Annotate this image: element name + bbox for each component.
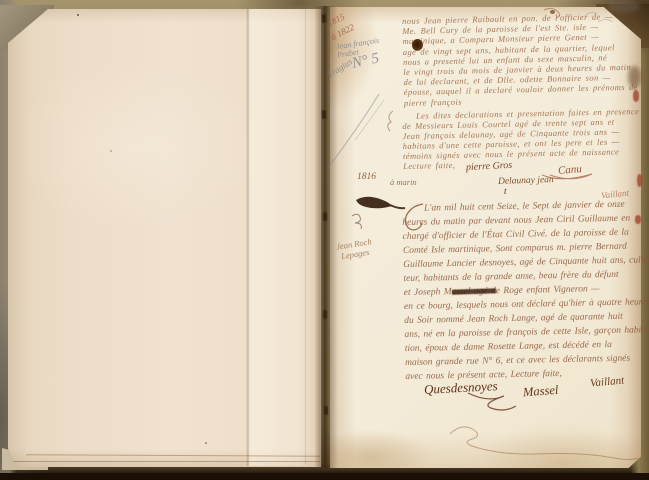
edge-stain xyxy=(628,66,641,88)
bottom-page-edge-line xyxy=(13,461,320,462)
signature-massel: Massel xyxy=(523,383,559,400)
flyleaf-edge-strip xyxy=(250,9,320,466)
red-wax-mark xyxy=(633,90,639,102)
signature-cross-mark: t xyxy=(504,186,507,196)
paper-speck xyxy=(205,442,207,444)
binding-stitch xyxy=(323,310,327,319)
signature-canu: Canu xyxy=(558,163,583,177)
ink-blot xyxy=(412,39,423,51)
manuscript-scan: 1815 à 1822 Jean françois Prabet Tragius… xyxy=(0,0,649,480)
margin-year-1816: 1816 xyxy=(357,172,376,182)
ink-speck xyxy=(550,10,555,14)
red-wax-mark xyxy=(637,174,642,187)
handwriting-line: pierre françois xyxy=(404,97,462,108)
page-fold-line xyxy=(246,9,250,466)
binding-stitch xyxy=(323,212,327,221)
page-edge-line xyxy=(305,9,306,464)
binding-stitch xyxy=(322,110,326,119)
corner-smudge xyxy=(608,1,640,13)
margin-place: à marin xyxy=(390,177,417,187)
red-wax-mark xyxy=(635,215,641,224)
paper-speck xyxy=(110,150,112,152)
handwriting-line: Lecture faite, xyxy=(403,160,455,171)
binding-stitch xyxy=(324,406,328,415)
paper-speck xyxy=(77,14,79,16)
